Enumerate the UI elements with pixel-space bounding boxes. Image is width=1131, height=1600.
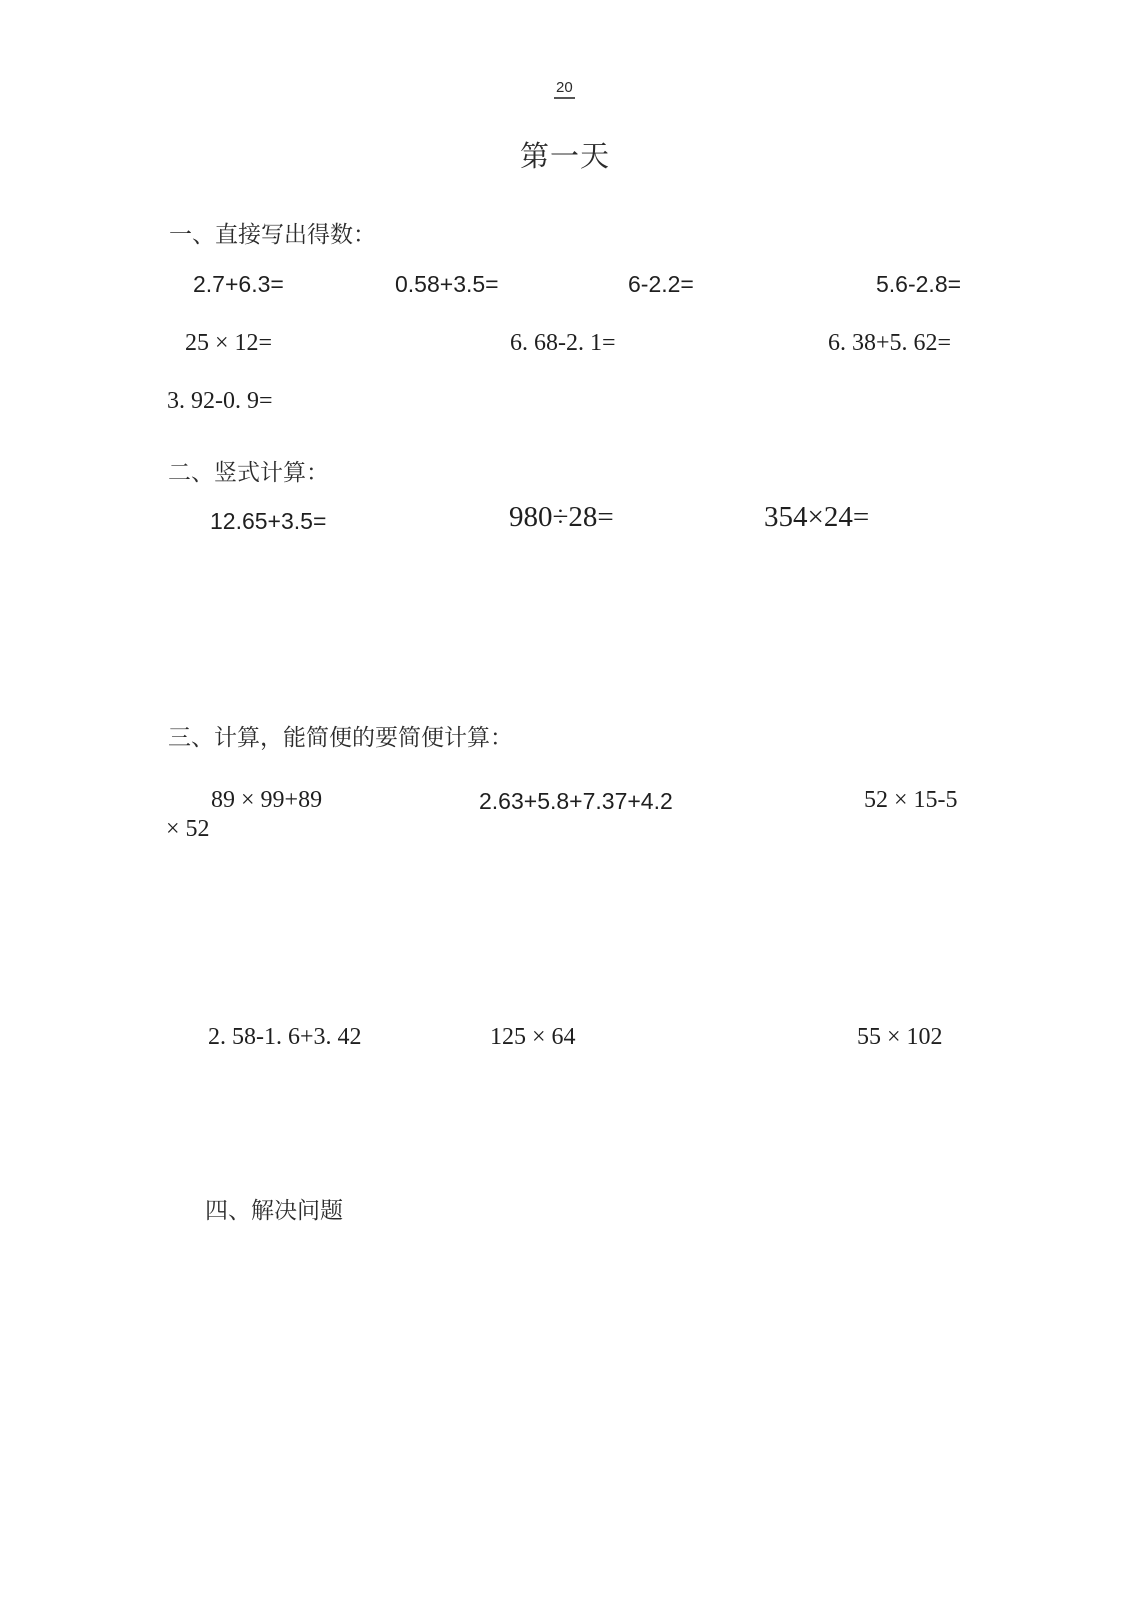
math-problem-s3-r1-c3-wrap: × 52 bbox=[166, 816, 210, 844]
math-problem-s3-r2-c1: 2. 58-1. 6+3. 42 bbox=[208, 1024, 362, 1052]
math-problem-s1-r1-c2: 0.58+3.5= bbox=[395, 271, 499, 297]
worksheet-title: 第一天 bbox=[520, 141, 610, 174]
math-problem-s3-r2-c3: 55 × 102 bbox=[857, 1024, 943, 1052]
math-problem-s2-c1: 12.65+3.5= bbox=[210, 508, 326, 534]
math-problem-s1-r1-c3: 6-2.2= bbox=[628, 271, 694, 297]
math-problem-s1-r2-c1: 25 × 12= bbox=[185, 330, 272, 358]
math-problem-s3-r2-c2: 125 × 64 bbox=[490, 1024, 576, 1052]
math-problem-s2-c3: 354×24= bbox=[764, 501, 869, 534]
worksheet-page: 20 第一天 一、直接写出得数： 2.7+6.3= 0.58+3.5= 6-2.… bbox=[0, 0, 1131, 1600]
math-problem-s1-r1-c4: 5.6-2.8= bbox=[876, 271, 961, 297]
math-problem-s2-c2: 980÷28= bbox=[509, 501, 614, 534]
math-problem-s1-r2-c2: 6. 68-2. 1= bbox=[510, 330, 616, 358]
math-problem-s3-r1-c3: 52 × 15-5 bbox=[864, 787, 958, 815]
math-problem-s1-r2-c3: 6. 38+5. 62= bbox=[828, 330, 951, 358]
math-problem-s3-r1-c2: 2.63+5.8+7.37+4.2 bbox=[479, 788, 673, 814]
section-1-heading: 一、直接写出得数： bbox=[169, 222, 376, 248]
math-problem-s1-r1-c1: 2.7+6.3= bbox=[193, 271, 284, 297]
math-problem-s3-r1-c1: 89 × 99+89 bbox=[211, 787, 322, 815]
section-4-heading: 四、解决问题 bbox=[205, 1198, 343, 1224]
section-2-heading: 二、竖式计算： bbox=[168, 460, 329, 486]
math-problem-s1-r3-c1: 3. 92-0. 9= bbox=[167, 388, 273, 416]
page-number: 20 bbox=[554, 79, 575, 99]
section-3-heading: 三、计算，能简便的要简便计算： bbox=[168, 725, 513, 751]
